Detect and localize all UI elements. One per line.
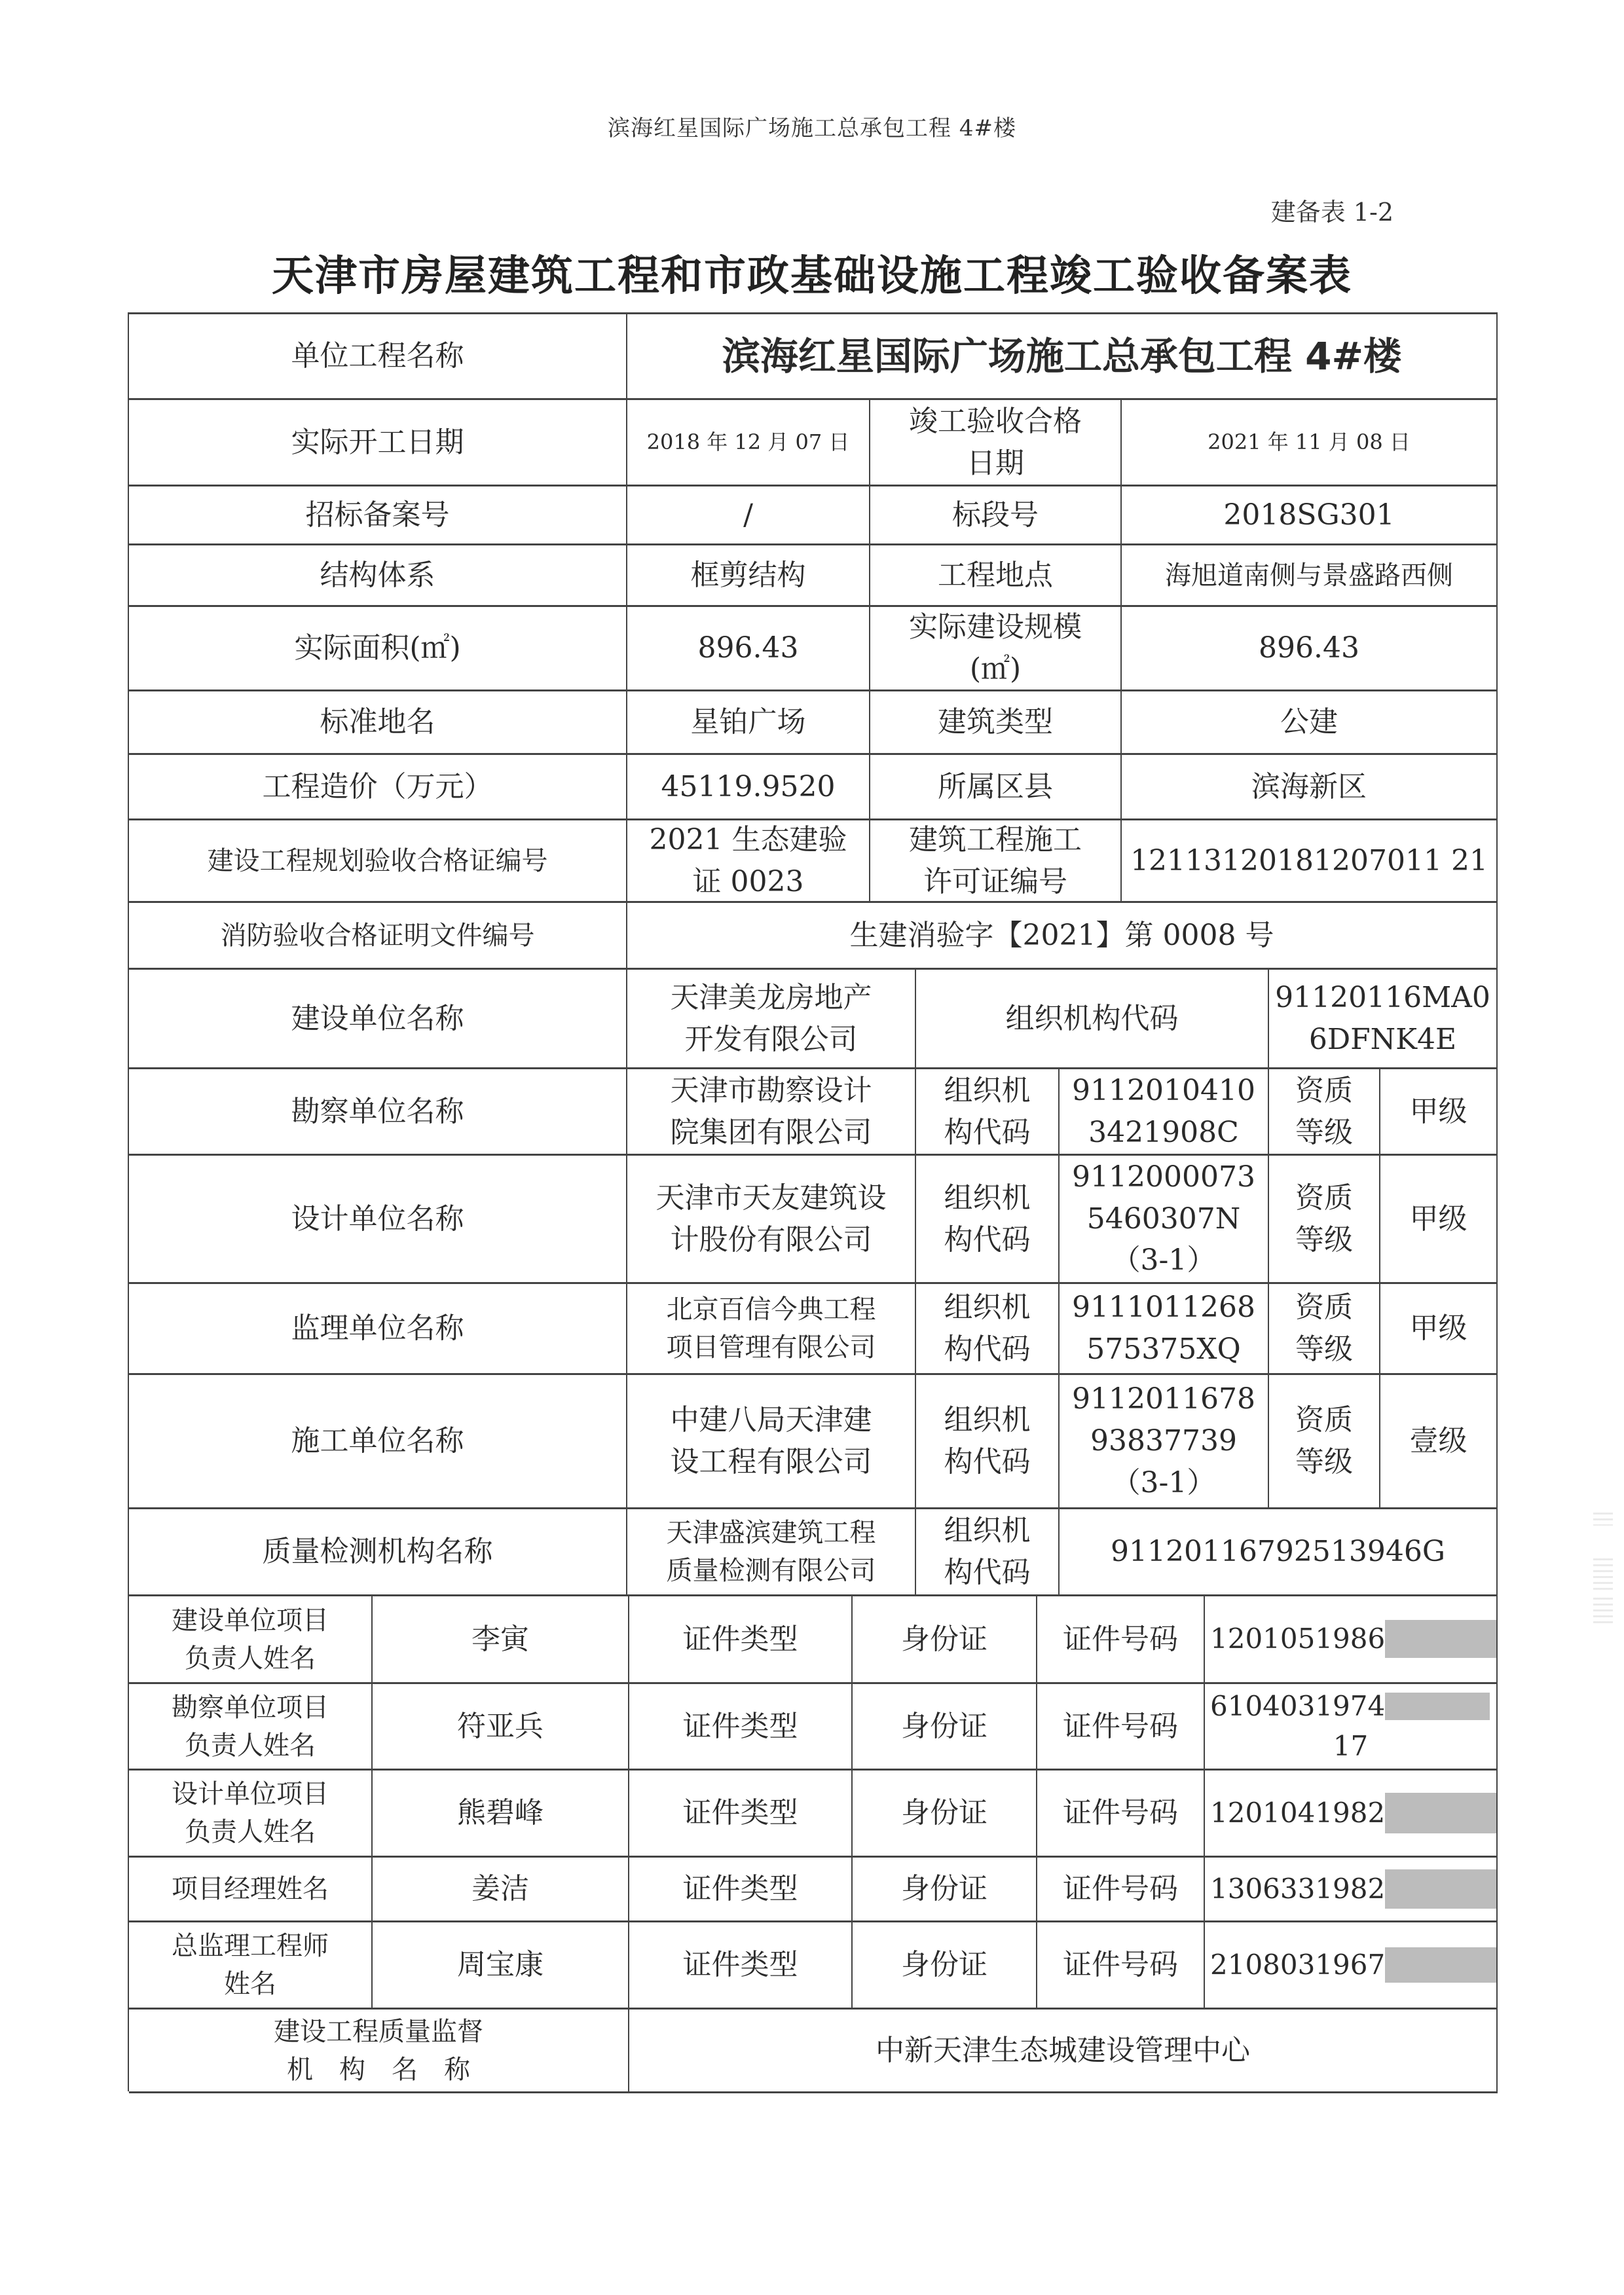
id-type: 身份证 [853, 1684, 1037, 1771]
org-code-contractor: 9112011678 93837739 （3-1） [1060, 1375, 1269, 1509]
label-fire-cert: 消防验收合格证明文件编号 [129, 903, 627, 970]
building-type: 公建 [1122, 691, 1498, 755]
construction-permit: 12113120181207011 21 [1122, 820, 1498, 903]
cost: 45119.9520 [627, 755, 870, 820]
id-type: 身份证 [853, 1596, 1037, 1684]
label-id-type: 证件类型 [629, 1684, 853, 1771]
label-org-code: 组织机构代码 [916, 970, 1269, 1069]
qualification-survey: 甲级 [1380, 1069, 1498, 1156]
page-header: 滨海红星国际广场施工总承包工程 4#楼 [0, 110, 1624, 142]
label-building-type: 建筑类型 [870, 691, 1122, 755]
label-id-no: 证件号码 [1037, 1858, 1205, 1922]
label-org-code: 组织机 构代码 [916, 1156, 1060, 1284]
id-type: 身份证 [853, 1922, 1037, 2010]
district: 滨海新区 [1122, 755, 1498, 820]
org-role-contractor: 施工单位名称 [129, 1375, 627, 1509]
location: 海旭道南侧与景盛路西侧 [1122, 545, 1498, 607]
tender-record-no: / [627, 487, 870, 545]
scan-artifact [1593, 1598, 1613, 1624]
id-number-cell: 2108031967 [1205, 1922, 1498, 2010]
org-role-builder: 建设单位名称 [129, 970, 627, 1069]
label-acceptance-date: 竣工验收合格 日期 [870, 400, 1122, 487]
label-qualification: 资质 等级 [1269, 1284, 1380, 1375]
document-title: 天津市房屋建筑工程和市政基础设施工程竣工验收备案表 [0, 242, 1624, 303]
redaction-block [1385, 1693, 1490, 1720]
label-unit-project-name: 单位工程名称 [129, 314, 627, 400]
id-type: 身份证 [853, 1858, 1037, 1922]
label-standard-place-name: 标准地名 [129, 691, 627, 755]
scan-artifact [1593, 1558, 1613, 1591]
label-id-type: 证件类型 [629, 1596, 853, 1684]
org-role-testing: 质量检测机构名称 [129, 1509, 627, 1596]
org-name-supervisor: 北京百信今典工程 项目管理有限公司 [627, 1284, 916, 1375]
section-no: 2018SG301 [1122, 487, 1498, 545]
org-code-builder: 91120116MA0 6DFNK4E [1269, 970, 1498, 1069]
label-id-no: 证件号码 [1037, 1922, 1205, 2010]
org-name-contractor: 中建八局天津建 设工程有限公司 [627, 1375, 916, 1509]
id-number-prefix: 1201051986 [1210, 1619, 1385, 1659]
label-org-code: 组织机 构代码 [916, 1509, 1060, 1596]
standard-place-name: 星铂广场 [627, 691, 870, 755]
label-construction-permit: 建筑工程施工 许可证编号 [870, 820, 1122, 903]
label-org-code: 组织机 构代码 [916, 1069, 1060, 1156]
org-code-testing: 91120116792513946G [1060, 1509, 1498, 1596]
person-name: 李寅 [373, 1596, 629, 1684]
form-number: 建备表 1-2 [1271, 192, 1393, 228]
actual-area: 896.43 [627, 607, 870, 691]
person-role: 勘察单位项目 负责人姓名 [129, 1684, 373, 1771]
id-number-prefix: 2108031967 [1210, 1945, 1385, 1985]
org-code-survey: 9112010410 3421908C [1060, 1069, 1269, 1156]
org-code-design: 9112000073 5460307N （3-1） [1060, 1156, 1269, 1284]
label-section-no: 标段号 [870, 487, 1122, 545]
label-cost: 工程造价（万元） [129, 755, 627, 820]
id-number-cell: 1201041982 [1205, 1771, 1498, 1858]
label-start-date: 实际开工日期 [129, 400, 627, 487]
id-number-prefix: 1306331982 [1210, 1869, 1385, 1909]
structure: 框剪结构 [627, 545, 870, 607]
label-id-no: 证件号码 [1037, 1596, 1205, 1684]
label-id-no: 证件号码 [1037, 1684, 1205, 1771]
label-structure: 结构体系 [129, 545, 627, 607]
acceptance-date: 2021 年 11 月 08 日 [1122, 400, 1498, 487]
label-id-type: 证件类型 [629, 1771, 853, 1858]
id-type: 身份证 [853, 1771, 1037, 1858]
label-supervision-agency: 建设工程质量监督 机 构 名 称 [129, 2010, 629, 2093]
person-name: 符亚兵 [373, 1684, 629, 1771]
label-org-code: 组织机 构代码 [916, 1284, 1060, 1375]
org-role-design: 设计单位名称 [129, 1156, 627, 1284]
qualification-design: 甲级 [1380, 1156, 1498, 1284]
filing-table: 单位工程名称 滨海红星国际广场施工总承包工程 4#楼 实际开工日期 2018 年… [128, 312, 1498, 2091]
label-qualification: 资质 等级 [1269, 1375, 1380, 1509]
label-planning-cert: 建设工程规划验收合格证编号 [129, 820, 627, 903]
id-number-suffix: 17 [1333, 1727, 1368, 1767]
person-role: 项目经理姓名 [129, 1858, 373, 1922]
person-name: 姜洁 [373, 1858, 629, 1922]
planning-cert: 2021 生态建验 证 0023 [627, 820, 870, 903]
redaction-block [1385, 1620, 1498, 1658]
redaction-block [1385, 1947, 1498, 1983]
qualification-contractor: 壹级 [1380, 1375, 1498, 1509]
label-actual-area: 实际面积(㎡) [129, 607, 627, 691]
org-name-design: 天津市天友建筑设 计股份有限公司 [627, 1156, 916, 1284]
org-role-supervisor: 监理单位名称 [129, 1284, 627, 1375]
label-org-code: 组织机 构代码 [916, 1375, 1060, 1509]
org-role-survey: 勘察单位名称 [129, 1069, 627, 1156]
person-name: 熊碧峰 [373, 1771, 629, 1858]
person-name: 周宝康 [373, 1922, 629, 2010]
label-district: 所属区县 [870, 755, 1122, 820]
redaction-block [1385, 1793, 1498, 1833]
scan-artifact [1593, 1513, 1613, 1526]
actual-scale: 896.43 [1122, 607, 1498, 691]
label-qualification: 资质 等级 [1269, 1156, 1380, 1284]
label-id-type: 证件类型 [629, 1858, 853, 1922]
id-number-prefix: 6104031974 [1210, 1687, 1385, 1727]
label-tender-record-no: 招标备案号 [129, 487, 627, 545]
person-role: 设计单位项目 负责人姓名 [129, 1771, 373, 1858]
person-role: 建设单位项目 负责人姓名 [129, 1596, 373, 1684]
org-name-testing: 天津盛滨建筑工程 质量检测有限公司 [627, 1509, 916, 1596]
redaction-block [1385, 1869, 1498, 1909]
org-name-survey: 天津市勘察设计 院集团有限公司 [627, 1069, 916, 1156]
fire-cert: 生建消验字【2021】第 0008 号 [627, 903, 1498, 970]
start-date: 2018 年 12 月 07 日 [627, 400, 870, 487]
label-id-type: 证件类型 [629, 1922, 853, 2010]
label-location: 工程地点 [870, 545, 1122, 607]
supervision-agency: 中新天津生态城建设管理中心 [629, 2010, 1498, 2093]
id-number-cell: 1306331982 [1205, 1858, 1498, 1922]
label-id-no: 证件号码 [1037, 1771, 1205, 1858]
id-number-cell: 6104031974 17 [1205, 1684, 1498, 1771]
id-number-cell: 1201051986 [1205, 1596, 1498, 1684]
unit-project-name: 滨海红星国际广场施工总承包工程 4#楼 [627, 314, 1498, 400]
org-name-builder: 天津美龙房地产 开发有限公司 [627, 970, 916, 1069]
id-number-prefix: 1201041982 [1210, 1793, 1385, 1833]
label-actual-scale: 实际建设规模 (㎡) [870, 607, 1122, 691]
person-role: 总监理工程师 姓名 [129, 1922, 373, 2010]
qualification-supervisor: 甲级 [1380, 1284, 1498, 1375]
org-code-supervisor: 9111011268 575375XQ [1060, 1284, 1269, 1375]
label-qualification: 资质 等级 [1269, 1069, 1380, 1156]
